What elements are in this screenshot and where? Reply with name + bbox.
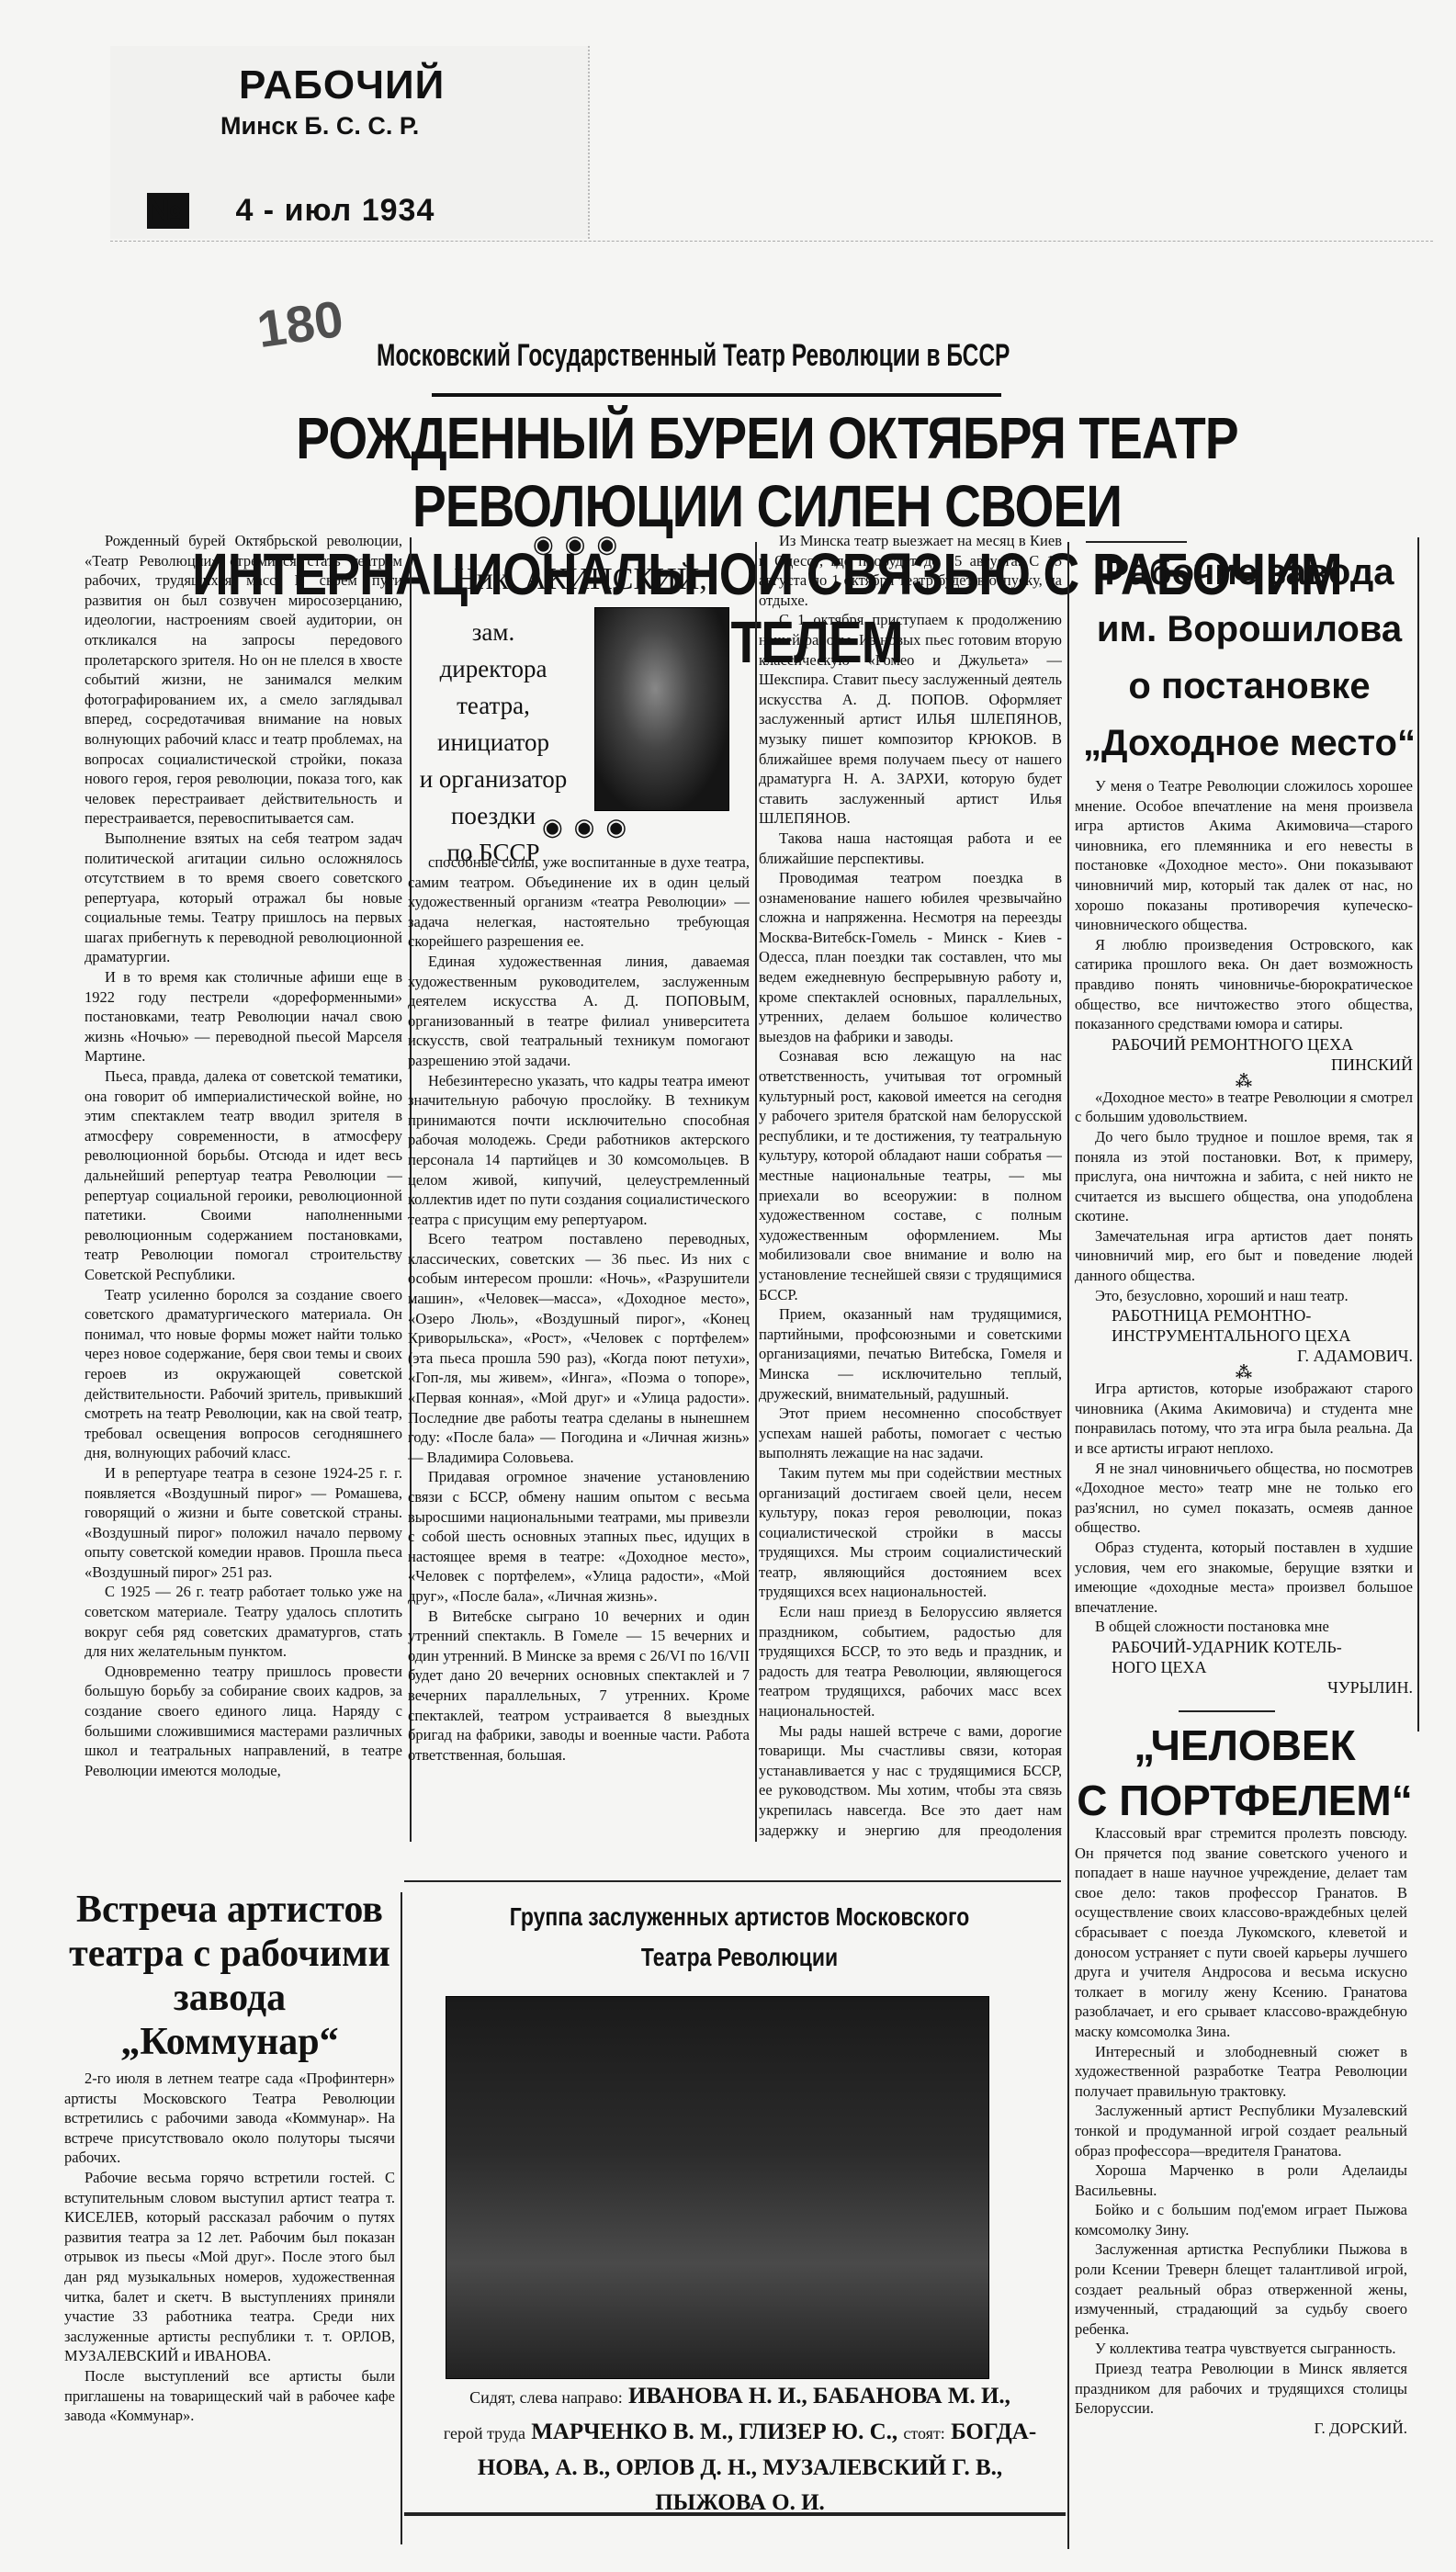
signature-line: ПИНСКИЙ bbox=[1112, 1055, 1413, 1075]
section-rule bbox=[1086, 541, 1187, 543]
paragraph: И в то время как столичные афиши еще в 1… bbox=[85, 967, 402, 1066]
voroshilov-title-line: им. Ворошилова bbox=[1075, 601, 1424, 658]
signature-line: РАБОЧИЙ-УДАРНИК КОТЕЛЬ- bbox=[1112, 1637, 1413, 1657]
main-article-col-1: Рожденный бурей Октябрьской революции, «… bbox=[85, 531, 402, 1844]
kicker-underline bbox=[432, 393, 1001, 397]
kommunar-title-line: завода bbox=[60, 1976, 400, 2020]
caption-names-2: МАРЧЕНКО В. М., ГЛИЗЕР Ю. С., bbox=[531, 2420, 897, 2444]
paragraph: Из Минска театр выезжает на месяц в Киев… bbox=[759, 531, 1062, 610]
letter-paragraph: До чего было трудное и пошлое время, так… bbox=[1075, 1127, 1413, 1226]
paragraph: Если наш приезд в Белоруссию является пр… bbox=[759, 1602, 1062, 1721]
newspaper-title: РАБОЧИЙ bbox=[239, 62, 445, 108]
masthead-clipping: РАБОЧИЙ Минск Б. С. С. Р. № 4 - июл 1934 bbox=[110, 46, 590, 239]
signature-line: РАБОТНИЦА РЕМОНТНО- bbox=[1112, 1305, 1413, 1325]
paragraph: После выступлений все артисты были пригл… bbox=[64, 2366, 395, 2426]
letter-signature: РАБОТНИЦА РЕМОНТНО-ИНСТРУМЕНТАЛЬНОГО ЦЕХ… bbox=[1075, 1305, 1413, 1366]
paragraph: Мы рады нашей встрече с вами, дорогие то… bbox=[759, 1721, 1062, 1840]
paragraph: И в репертуаре театра в сезоне 1924-25 г… bbox=[85, 1463, 402, 1583]
signature-line: НОГО ЦЕХА bbox=[1112, 1657, 1413, 1677]
paragraph: Заслуженная артистка Республики Пыжова в… bbox=[1075, 2239, 1407, 2339]
kommunar-title-line: Встреча артистов bbox=[60, 1888, 400, 1932]
archive-mark: 180 bbox=[254, 288, 347, 359]
voroshilov-title-line: о постановке bbox=[1075, 658, 1424, 715]
paragraph: Сознавая всю лежащую на нас ответственно… bbox=[759, 1046, 1062, 1304]
kommunar-title: Встреча артистов театра с рабочими завод… bbox=[60, 1888, 400, 2064]
number-stamp: № bbox=[147, 193, 189, 229]
column-divider bbox=[401, 1892, 402, 2544]
paragraph: Выполнение взятых на себя театром задач … bbox=[85, 829, 402, 967]
letter-paragraph: Я не знал чиновничьего общества, но посм… bbox=[1075, 1459, 1413, 1538]
paragraph: Классовый враг стремится пролезть повсюд… bbox=[1075, 1823, 1407, 2042]
signature-line: ЧУРЫЛИН. bbox=[1112, 1677, 1413, 1695]
portfolio-title: „ЧЕЛОВЕК С ПОРТФЕЛЕМ“ bbox=[1075, 1718, 1415, 1828]
kommunar-title-line: „Коммунар“ bbox=[60, 2020, 400, 2064]
paragraph: 2-го июля в летнем театре сада «Профинте… bbox=[64, 2069, 395, 2168]
main-article-col-2: способные силы, уже воспитанные в духе т… bbox=[408, 852, 750, 1840]
caption-hero-label: герой труда bbox=[444, 2424, 525, 2442]
main-article-col-3: Из Минска театр выезжает на месяц в Киев… bbox=[759, 531, 1062, 1840]
letter-signature: РАБОЧИЙ РЕМОНТНОГО ЦЕХАПИНСКИЙ bbox=[1075, 1034, 1413, 1075]
byline-role-line: зам. директора bbox=[415, 614, 571, 687]
signature-line: ИНСТРУМЕНТАЛЬНОГО ЦЕХА bbox=[1112, 1325, 1413, 1346]
paragraph: У коллектива театра чувствуется сыгранно… bbox=[1075, 2339, 1407, 2359]
paragraph: Интересный и злободневный сюжет в художе… bbox=[1075, 2042, 1407, 2102]
letter-paragraph: У меня о Театре Революции сложилось хоро… bbox=[1075, 776, 1413, 935]
paragraph: Проводимая театром поездка в ознаменован… bbox=[759, 868, 1062, 1046]
voroshilov-title-line: „Доходное место“ bbox=[1075, 715, 1424, 772]
paragraph: Единая художественная линия, даваемая ху… bbox=[408, 952, 750, 1071]
signature-line: РАБОЧИЙ РЕМОНТНОГО ЦЕХА bbox=[1112, 1034, 1413, 1055]
paragraph: Бойко и с большим под'емом играет Пыжова… bbox=[1075, 2200, 1407, 2239]
caption-names-1: ИВАНОВА Н. И., БАБАНОВА М. И., bbox=[628, 2384, 1010, 2408]
section-divider bbox=[404, 1880, 1061, 1882]
paragraph: Одновременно театру пришлось провести бо… bbox=[85, 1662, 402, 1781]
kommunar-title-line: театра с рабочими bbox=[60, 1932, 400, 1976]
byline-role-line: инициатор bbox=[415, 724, 571, 761]
paragraph: Этот прием несомненно способствует успех… bbox=[759, 1404, 1062, 1463]
letter-paragraph: Замечательная игра артистов дает понять … bbox=[1075, 1226, 1413, 1286]
caption-names-3: НОВА, А. В., ОРЛОВ Д. Н., МУЗАЛЕВСКИЙ Г.… bbox=[412, 2451, 1068, 2486]
letter-paragraph: Я люблю произведения Островского, как са… bbox=[1075, 935, 1413, 1034]
paragraph: Придавая огромное значение установлению … bbox=[408, 1467, 750, 1606]
masthead-rule bbox=[110, 241, 1433, 242]
date-stamp: № 4 - июл 1934 bbox=[147, 193, 435, 229]
letter-paragraph: Игра артистов, которые изображают старог… bbox=[1075, 1379, 1413, 1458]
group-photo bbox=[446, 1996, 989, 2379]
letter-paragraph: «Доходное место» в театре Революции я см… bbox=[1075, 1088, 1413, 1127]
headline-line-1: РОЖДЕННЫЙ БУРЕИ ОКТЯБРЯ ТЕАТР РЕВОЛЮЦИИ … bbox=[186, 404, 1348, 540]
section-rule bbox=[1179, 1710, 1275, 1712]
caption-line-1: Сидят, слева направо: ИВАНОВА Н. И., БАБ… bbox=[412, 2379, 1068, 2415]
page-edge-rule bbox=[1417, 537, 1419, 1732]
letter-paragraph: В общей сложности постановка мне bbox=[1075, 1617, 1413, 1637]
letter-signature: РАБОЧИЙ-УДАРНИК КОТЕЛЬ-НОГО ЦЕХАЧУРЫЛИН. bbox=[1075, 1637, 1413, 1695]
caption-names-2b: БОГДА- bbox=[951, 2420, 1036, 2444]
letter-paragraph: Образ студента, который поставлен в худш… bbox=[1075, 1538, 1413, 1617]
bottom-rule bbox=[404, 2512, 1066, 2516]
group-photo-title: Группа заслуженных артистов Московского … bbox=[476, 1897, 1003, 1978]
author-portrait-photo bbox=[594, 607, 729, 811]
paragraph: Заслуженный артист Республики Музалевски… bbox=[1075, 2101, 1407, 2160]
group-photo-title-line: Театра Революции bbox=[476, 1937, 1003, 1978]
kicker: Московский Государственный Театр Революц… bbox=[377, 338, 1010, 374]
paragraph: С 1925 — 26 г. театр работает только уже… bbox=[85, 1582, 402, 1661]
portfolio-title-line: „ЧЕЛОВЕК bbox=[1075, 1718, 1415, 1773]
paragraph: Такова наша настоящая работа и ее ближай… bbox=[759, 829, 1062, 868]
paragraph: Рабочие весьма горячо встретили гостей. … bbox=[64, 2168, 395, 2366]
group-photo-title-line: Группа заслуженных артистов Московского bbox=[476, 1897, 1003, 1937]
caption-sit-label: Сидят, слева направо: bbox=[469, 2388, 623, 2407]
paragraph: Небезинтересно указать, что кадры театра… bbox=[408, 1071, 750, 1230]
portfolio-article-body: Классовый враг стремится пролезть повсюд… bbox=[1075, 1823, 1407, 2531]
paragraph: Таким путем мы при содействии местных ор… bbox=[759, 1463, 1062, 1602]
newspaper-city: Минск Б. С. С. Р. bbox=[220, 112, 419, 141]
caption-line-2: герой труда МАРЧЕНКО В. М., ГЛИЗЕР Ю. С.… bbox=[412, 2415, 1068, 2451]
group-photo-caption: Сидят, слева направо: ИВАНОВА Н. И., БАБ… bbox=[412, 2379, 1068, 2521]
paragraph: В Витебске сыграно 10 вечерних и один ут… bbox=[408, 1607, 750, 1765]
portfolio-title-line: С ПОРТФЕЛЕМ“ bbox=[1075, 1773, 1415, 1828]
paragraph: Приезд театра Революции в Минск является… bbox=[1075, 2359, 1407, 2419]
column-divider bbox=[755, 542, 757, 1842]
voroshilov-article-body: У меня о Театре Революции сложилось хоро… bbox=[1075, 776, 1413, 1695]
letter-paragraph: Это, безусловно, хороший и наш театр. bbox=[1075, 1286, 1413, 1306]
paragraph: Рожденный бурей Октябрьской революции, «… bbox=[85, 531, 402, 829]
paragraph: С 1 октября приступаем к продолжению наш… bbox=[759, 610, 1062, 829]
paragraph: Всего театром поставлено переводных, кла… bbox=[408, 1229, 750, 1467]
byline-box: ◉◉◉ Ник. АКИНСКИЙ, зам. директора театра… bbox=[415, 531, 746, 848]
paragraph: Прием, оказанный нам трудящимися, партий… bbox=[759, 1304, 1062, 1404]
date-text: 4 - июл 1934 bbox=[235, 193, 435, 228]
paragraph: способные силы, уже воспитанные в духе т… bbox=[408, 852, 750, 952]
paragraph: Театр усиленно боролся за создание своег… bbox=[85, 1285, 402, 1463]
ornament-bottom: ◉◉◉ bbox=[525, 814, 654, 841]
ornament-top: ◉◉◉ bbox=[415, 531, 746, 558]
byline-role-line: и организатор bbox=[415, 761, 571, 797]
paragraph: Пьеса, правда, далека от советской темат… bbox=[85, 1066, 402, 1285]
separator-stars: ⁂ bbox=[1075, 1366, 1413, 1379]
caption-stand-label: стоят: bbox=[903, 2424, 944, 2442]
voroshilov-title-line: Рабочие завода bbox=[1075, 544, 1424, 601]
voroshilov-title: Рабочие завода им. Ворошилова о постанов… bbox=[1075, 544, 1424, 772]
kommunar-article-body: 2-го июля в летнем театре сада «Профинте… bbox=[64, 2069, 395, 2537]
signature-line: Г. АДАМОВИЧ. bbox=[1112, 1346, 1413, 1366]
byline-role-line: театра, bbox=[415, 687, 571, 724]
paragraph: Хороша Марченко в роли Аделаиды Васильев… bbox=[1075, 2160, 1407, 2200]
separator-stars: ⁂ bbox=[1075, 1075, 1413, 1088]
portfolio-signature: Г. ДОРСКИЙ. bbox=[1075, 2419, 1407, 2439]
column-divider bbox=[1067, 542, 1069, 2549]
byline-author: Ник. АКИНСКИЙ, bbox=[415, 562, 746, 597]
